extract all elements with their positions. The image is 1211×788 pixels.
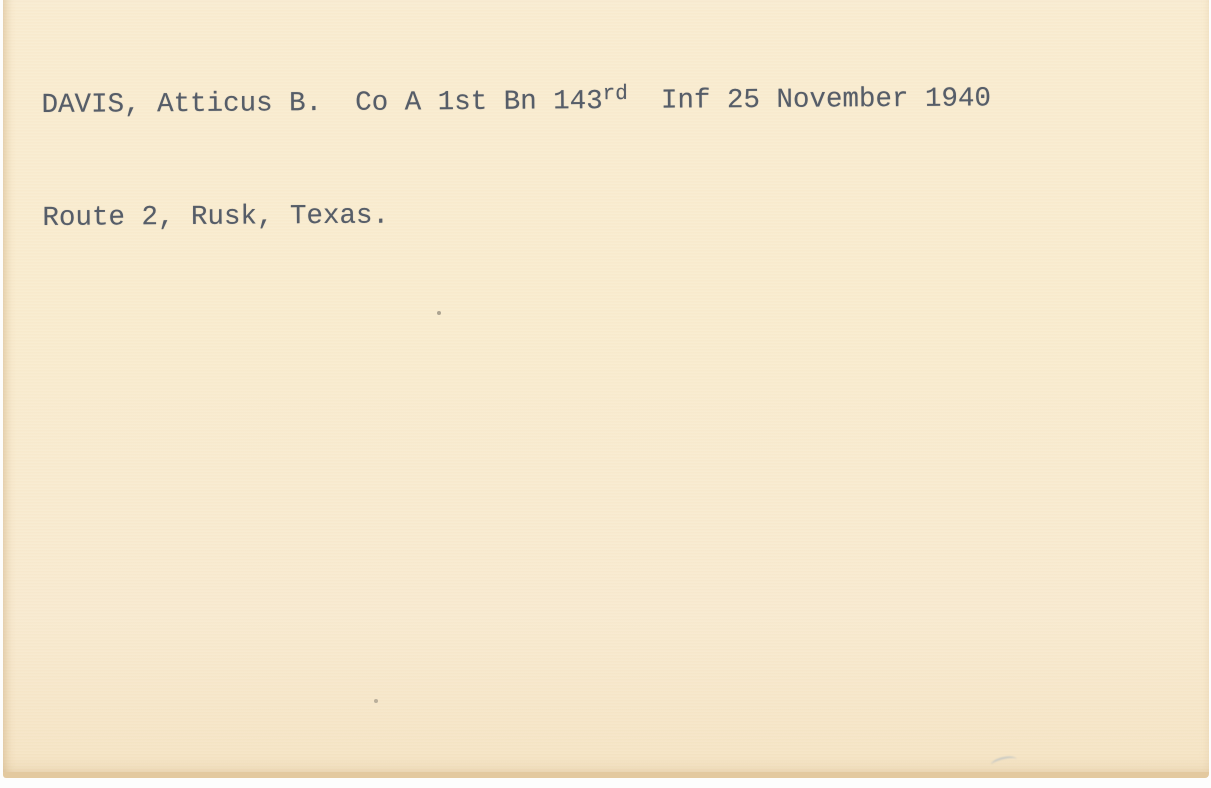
pencil-smudge-mark [990,754,1018,770]
index-card: DAVIS, Atticus B. Co A 1st Bn 143rd Inf … [3,0,1209,778]
typed-line-1: DAVIS, Atticus B. Co A 1st Bn 143rd Inf … [41,80,991,126]
paper-speck [437,311,441,315]
paper-speck [374,699,378,703]
typed-line-2: Route 2, Rusk, Texas. [42,193,992,237]
line1-name-unit-text: DAVIS, Atticus B. Co A 1st Bn 143 [41,86,602,121]
scanner-background-strip [0,778,1211,788]
line1-regiment-date-text: Inf 25 November 1940 [628,83,991,117]
typed-text-block: DAVIS, Atticus B. Co A 1st Bn 143rd Inf … [41,6,992,311]
line1-ordinal-suffix: rd [603,83,628,106]
scanned-document: DAVIS, Atticus B. Co A 1st Bn 143rd Inf … [0,0,1211,788]
